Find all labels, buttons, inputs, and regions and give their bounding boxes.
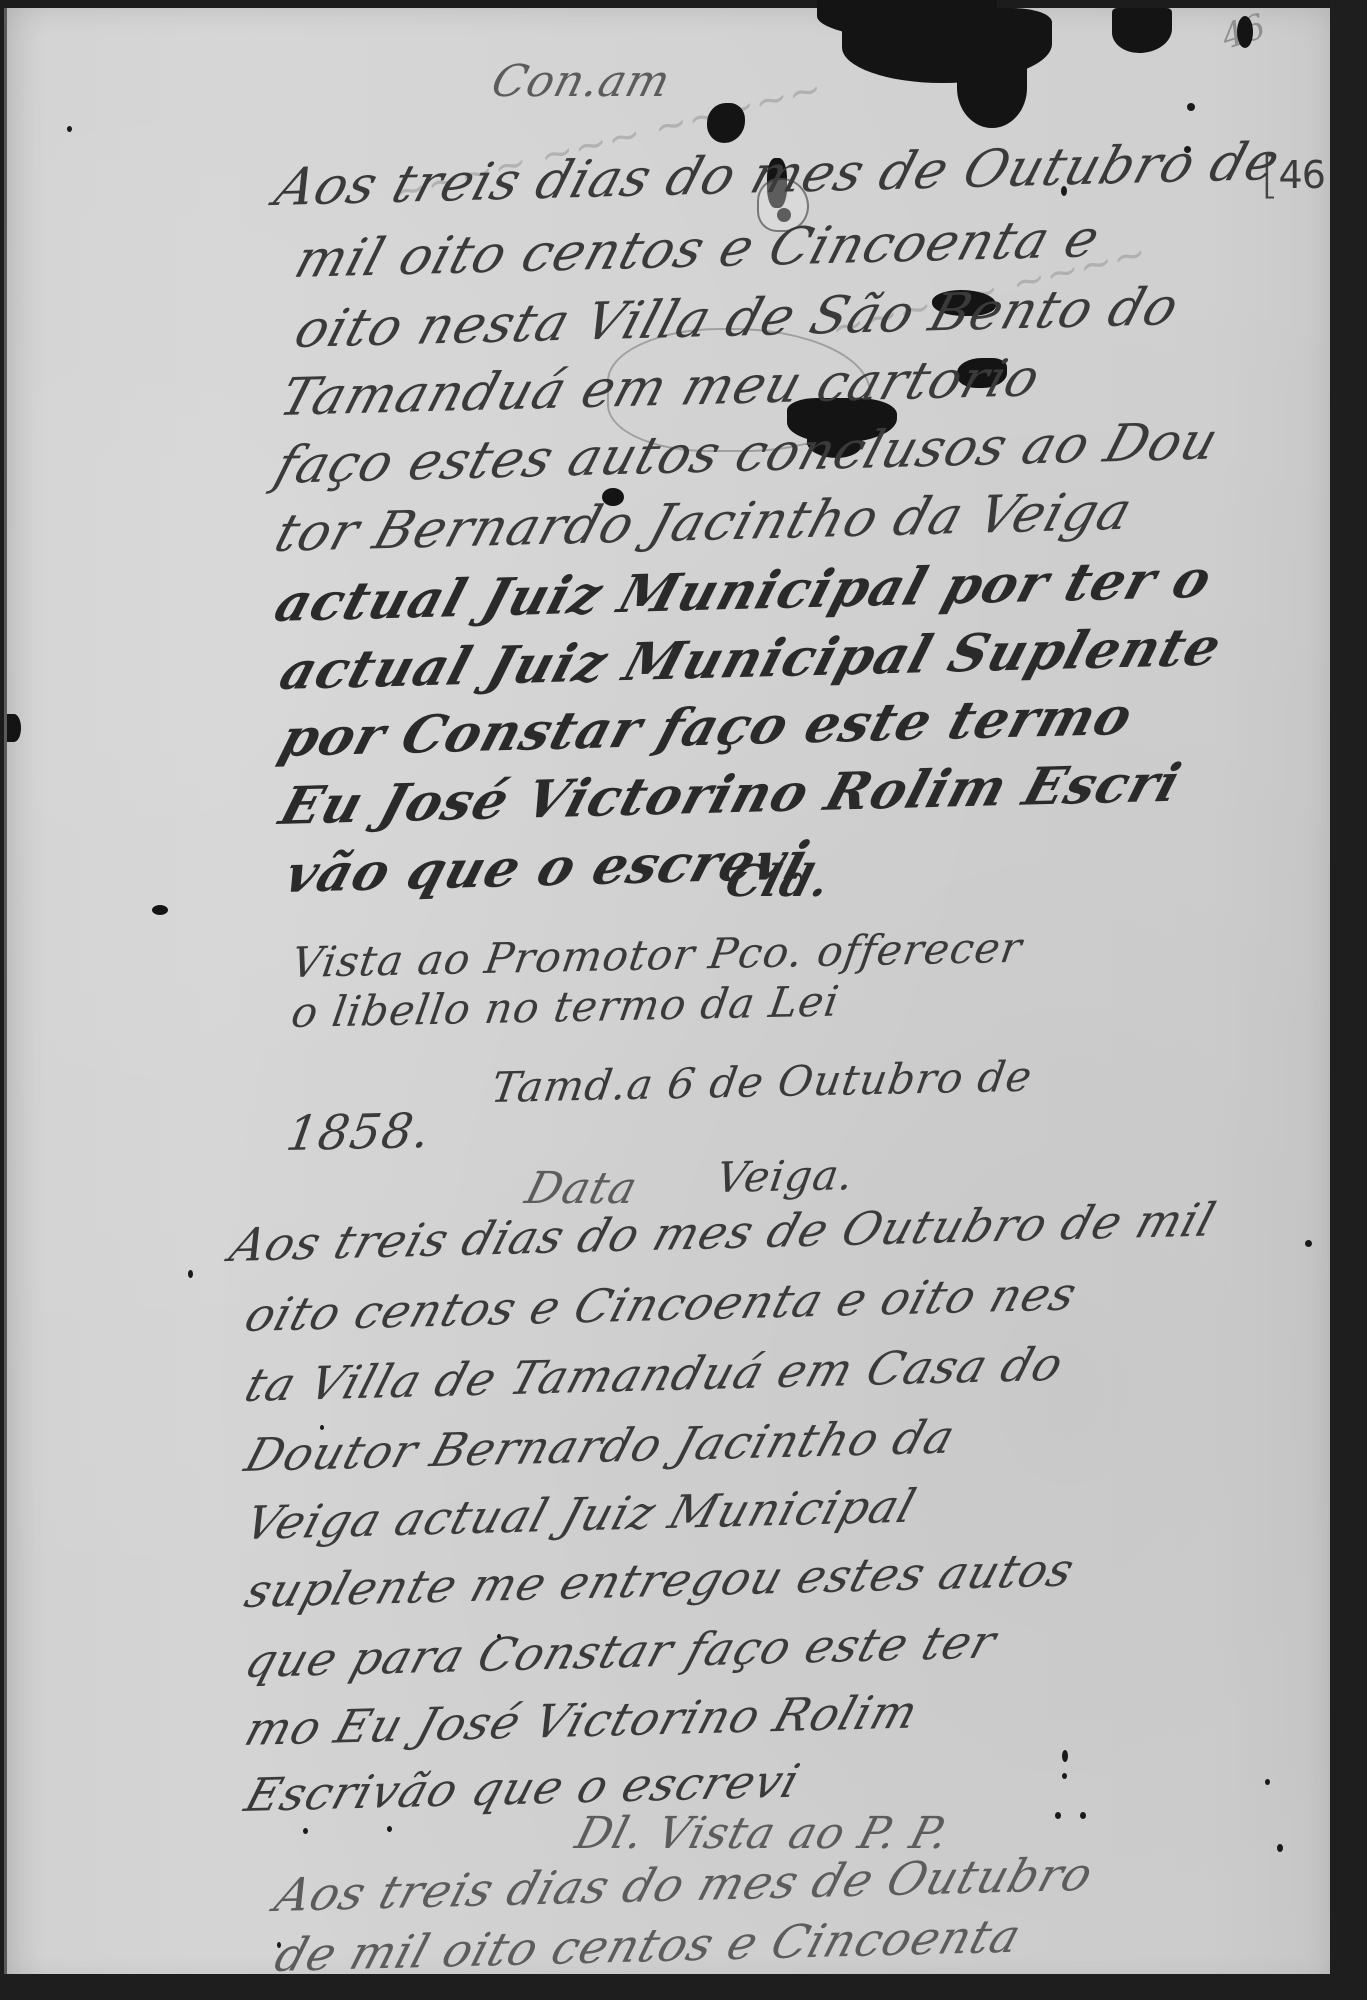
scan-border-bottom: [0, 1974, 1367, 2000]
ink-dot: [1062, 1750, 1068, 1762]
manuscript-line: suplente me entregou estes autos: [239, 1543, 1081, 1618]
despacho-line: Vista ao Promotor Pco. offerecer: [288, 923, 1026, 987]
ink-dot: [67, 126, 72, 132]
ink-dot: [387, 1826, 392, 1832]
manuscript-line: ta Villa de Tamanduá em Casa do: [239, 1337, 1070, 1412]
manuscript-line: tor Bernardo Jacintho da Veiga: [268, 482, 1139, 564]
manuscript-line: Tamanduá em meu cartorio: [273, 348, 1047, 428]
manuscript-line: mo Eu José Victorino Rolim: [239, 1685, 925, 1756]
ink-stain: [1112, 8, 1172, 53]
despacho-place-date: Tamd.a 6 de Outubro de: [488, 1052, 1036, 1112]
ink-stain: [152, 905, 168, 915]
ink-dot: [1055, 1812, 1061, 1819]
ink-dot: [1080, 1812, 1086, 1819]
manuscript-line: de mil oito centos e Cincoenta: [269, 1909, 1028, 1982]
ink-stain: [707, 103, 745, 143]
manuscript-line: oito nesta Villa de São Bento do: [288, 277, 1186, 360]
ink-dot: [303, 1828, 308, 1834]
ink-stain: [7, 714, 21, 742]
manuscript-page: 46 [46] ~~~~ ~~~ ~~~~~ ~~~~~ ~~~~ Con.am…: [4, 8, 1333, 1983]
manuscript-line: Doutor Bernardo Jacintho da: [239, 1410, 962, 1482]
section-heading-data: Data: [520, 1163, 643, 1214]
manuscript-line: que para Constar faço este ter: [239, 1615, 1003, 1688]
ink-dot: [1187, 103, 1195, 111]
section-heading-conclusion: Con.am: [486, 56, 676, 107]
despacho-line: o libello no termo da Lei: [288, 977, 843, 1037]
judge-signature: Veiga.: [713, 1150, 857, 1202]
ink-dot: [1265, 1779, 1270, 1785]
manuscript-line: oito centos e Cincoenta e oito nes: [239, 1266, 1084, 1341]
manuscript-line: Aos treis dias do mes de Outubro de mil: [224, 1193, 1222, 1272]
manuscript-line: Veiga actual Juiz Municipal: [239, 1479, 923, 1550]
ink-stain: [1237, 16, 1253, 48]
despacho-year: 1858.: [283, 1103, 435, 1162]
ink-dot: [1277, 1844, 1283, 1852]
closing-mark: Cld.: [720, 856, 835, 907]
ink-dot: [1062, 1773, 1067, 1779]
ink-dot: [1305, 1240, 1312, 1247]
ink-stain: [957, 48, 1027, 128]
ink-dot: [188, 1270, 193, 1278]
scan-border-right: [1330, 0, 1367, 2000]
